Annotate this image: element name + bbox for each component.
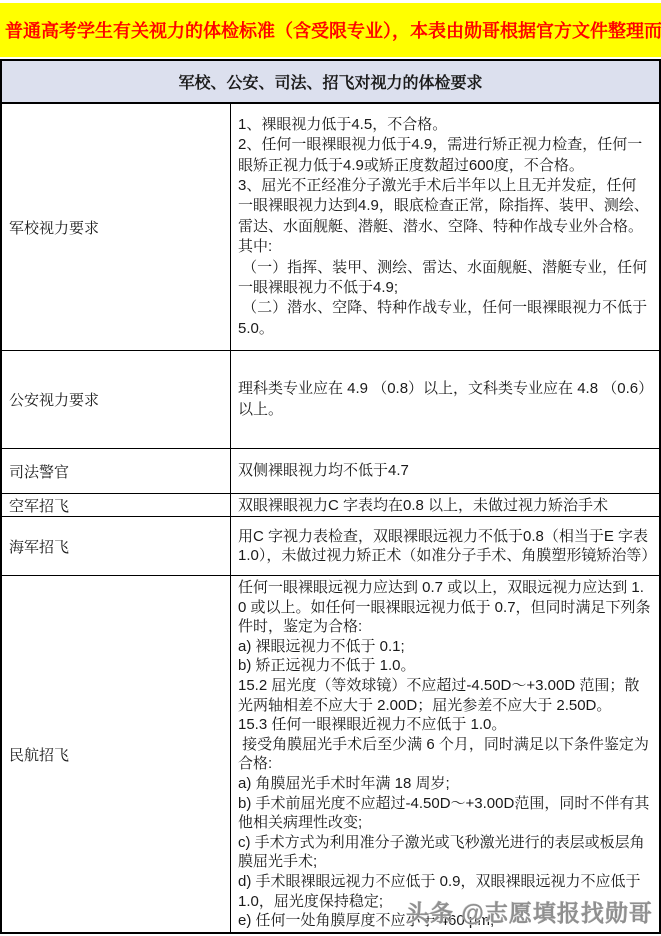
row-content-navy-pilot: 用C 字视力表检查，双眼裸眼远视力不低于0.8（相当于E 字表1.0），未做过视… [231,517,659,575]
table-row-civil-aviation-pilot: 民航招飞 任何一眼裸眼远视力应达到 0.7 或以上，双眼远视力应达到 1.0 或… [2,576,659,933]
row-content-police: 理科类专业应在 4.9 （0.8）以上，文科类专业应在 4.8 （0.6）以上。 [231,351,659,448]
table-header-row: 军校、公安、司法、招飞对视力的体检要求 [2,61,659,104]
row-label-police: 公安视力要求 [2,351,231,448]
row-label-navy-pilot: 海军招飞 [2,517,231,575]
row-content-text: 双眼裸眼视力C 字表均在0.8 以上，未做过视力矫治手术 [238,496,608,515]
row-label-text: 军校视力要求 [9,217,99,238]
row-label-text: 空军招飞 [9,495,69,516]
table-header-text: 军校、公安、司法、招飞对视力的体检要求 [178,70,482,93]
row-content-text: 1、裸眼视力低于4.5，不合格。 2、任何一眼裸眼视力低于4.9，需进行矫正视力… [238,115,651,339]
row-content-airforce-pilot: 双眼裸眼视力C 字表均在0.8 以上，未做过视力矫治手术 [231,494,659,516]
table-row-airforce-pilot: 空军招飞 双眼裸眼视力C 字表均在0.8 以上，未做过视力矫治手术 [2,494,659,517]
row-content-military-academy: 1、裸眼视力低于4.5，不合格。 2、任何一眼裸眼视力低于4.9，需进行矫正视力… [231,104,659,350]
row-label-military-academy: 军校视力要求 [2,104,231,350]
table-row-navy-pilot: 海军招飞 用C 字视力表检查，双眼裸眼远视力不低于0.8（相当于E 字表1.0）… [2,517,659,576]
table-row-judicial-officer: 司法警官 双侧裸眼视力均不低于4.7 [2,449,659,494]
row-content-judicial-officer: 双侧裸眼视力均不低于4.7 [231,449,659,493]
vision-requirements-table: 军校、公安、司法、招飞对视力的体检要求 军校视力要求 1、裸眼视力低于4.5，不… [0,59,661,934]
row-label-text: 海军招飞 [9,536,69,557]
row-content-text: 用C 字视力表检查，双眼裸眼远视力不低于0.8（相当于E 字表1.0），未做过视… [238,527,651,565]
table-row-military-academy: 军校视力要求 1、裸眼视力低于4.5，不合格。 2、任何一眼裸眼视力低于4.9，… [2,104,659,351]
title-banner: 普通高考学生有关视力的体检标准（含受限专业），本表由勋哥根据官方文件整理而成 [0,3,661,57]
document-page: { "banner": { "text": "普通高考学生有关视力的体检标准（含… [0,0,661,936]
banner-title-text: 普通高考学生有关视力的体检标准（含受限专业），本表由勋哥根据官方文件整理而成 [5,17,661,43]
row-content-text: 任何一眼裸眼远视力应达到 0.7 或以上，双眼远视力应达到 1.0 或以上。如任… [238,578,651,931]
row-label-judicial-officer: 司法警官 [2,449,231,493]
row-label-text: 公安视力要求 [9,389,99,410]
row-label-civil-aviation-pilot: 民航招飞 [2,576,231,933]
row-label-text: 司法警官 [9,461,69,482]
table-row-police: 公安视力要求 理科类专业应在 4.9 （0.8）以上，文科类专业应在 4.8 （… [2,351,659,449]
row-content-text: 双侧裸眼视力均不低于4.7 [238,461,409,481]
row-label-text: 民航招飞 [9,744,69,765]
row-content-text: 理科类专业应在 4.9 （0.8）以上，文科类专业应在 4.8 （0.6）以上。 [238,379,651,420]
row-label-airforce-pilot: 空军招飞 [2,494,231,516]
row-content-civil-aviation-pilot: 任何一眼裸眼远视力应达到 0.7 或以上，双眼远视力应达到 1.0 或以上。如任… [231,576,659,933]
